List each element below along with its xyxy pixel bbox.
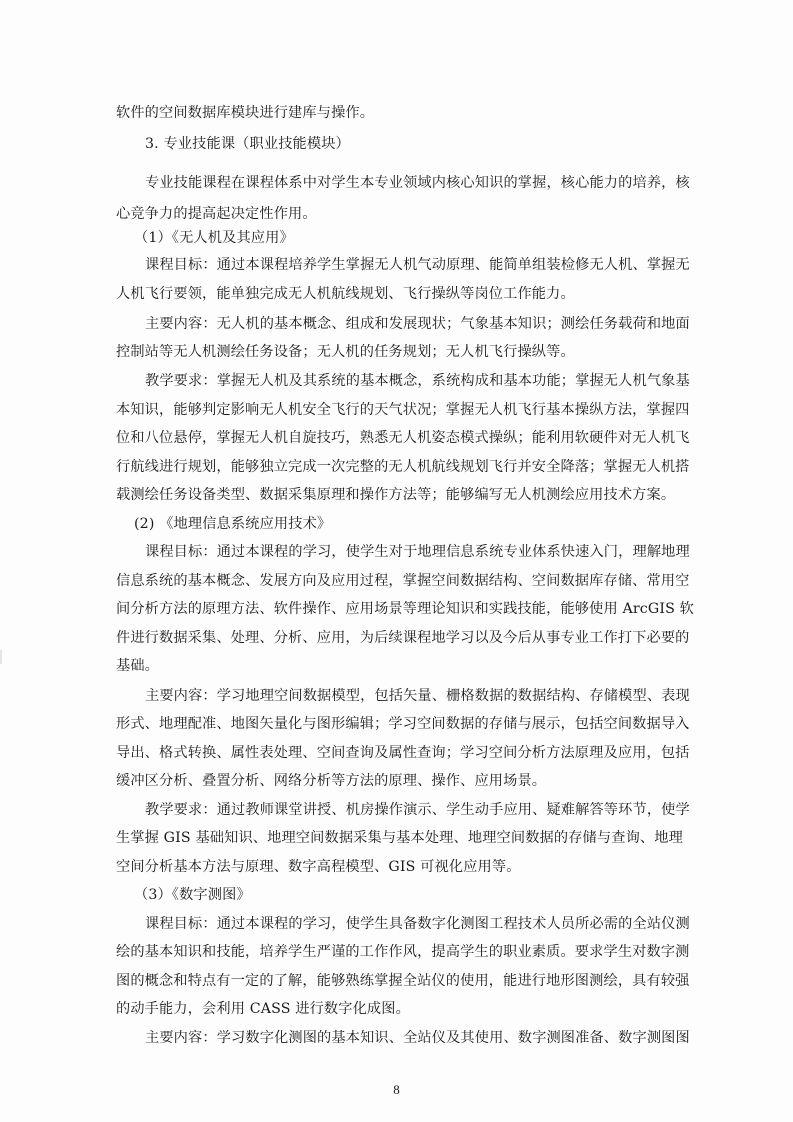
- course-content-line: 主要内容：学习地理空间数据模型，包括矢量、栅格数据的数据结构、存储模型、表现: [145, 687, 678, 705]
- course-requirements-line: 行航线进行规划，能够独立完成一次完整的无人机航线规划飞行并安全降落；掌握无人机搭: [116, 458, 678, 476]
- continuation-text: 软件的空间数据库模块进行建库与操作。: [116, 104, 678, 122]
- course-requirements-line: 教学要求：掌握无人机及其系统的基本概念，系统构成和基本功能；掌握无人机气象基: [145, 372, 678, 390]
- section-heading: 3. 专业技能课（职业技能模块）: [145, 135, 707, 153]
- course-requirements-line: 生掌握 GIS 基础知识、地理空间数据采集与基本处理、地理空间数据的存储与查询、…: [116, 829, 678, 847]
- course-goal-line: 件进行数据采集、处理、分析、应用，为后续课程地学习以及今后从事专业工作打下必要的: [116, 629, 678, 647]
- course-requirements-line: 载测绘任务设备类型、数据采集原理和操作方法等；能够编写无人机测绘应用技术方案。: [116, 486, 678, 504]
- course-goal-line: 基础。: [116, 657, 678, 675]
- course-requirements-line: 位和八位悬停，掌握无人机自旋技巧，熟悉无人机姿态模式操纵；能利用软硬件对无人机飞: [116, 429, 678, 447]
- course-goal-line: 信息系统的基本概念、发展方向及应用过程，掌握空间数据结构、空间数据库存储、常用空: [116, 572, 678, 590]
- course-goal-line: 的动手能力，会利用 CASS 进行数字化成图。: [116, 1000, 678, 1018]
- course-content-line: 主要内容：无人机的基本概念、组成和发展现状；气象基本知识；测绘任务载荷和地面: [145, 315, 678, 333]
- course-content-line: 导出、格式转换、属性表处理、空间查询及属性查询；学习空间分析方法原理及应用，包括: [116, 744, 678, 762]
- course-title: （1）《无人机及其应用》: [134, 229, 696, 247]
- document-page: 软件的空间数据库模块进行建库与操作。 3. 专业技能课（职业技能模块） 专业技能…: [0, 0, 793, 1122]
- page-number: 8: [0, 1082, 793, 1098]
- course-content-line: 控制站等无人机测绘任务设备；无人机的任务规划；无人机飞行操纵等。: [116, 343, 678, 361]
- course-goal-line: 课程目标：通过本课程培养学生掌握无人机气动原理、能简单组装检修无人机、掌握无: [145, 256, 678, 274]
- course-goal-line: 课程目标：通过本课程的学习，使学生对于地理信息系统专业体系快速入门，理解地理: [145, 543, 678, 561]
- course-title: （3）《数字测图》: [134, 886, 696, 904]
- course-goal-line: 人机飞行要领，能单独完成无人机航线规划、飞行操纵等岗位工作能力。: [116, 285, 678, 303]
- course-goal-line: 绘的基本知识和技能，培养学生严谨的工作作风，提高学生的职业素质。要求学生对数字测: [116, 943, 678, 961]
- course-content-line: 形式、地理配准、地图矢量化与图形编辑；学习空间数据的存储与展示，包括空间数据导入: [116, 715, 678, 733]
- course-goal-line: 课程目标：通过本课程的学习，使学生具备数字化测图工程技术人员所必需的全站仪测: [145, 915, 678, 933]
- course-requirements-line: 教学要求：通过教师课堂讲授、机房操作演示、学生动手应用、疑难解答等环节，使学: [145, 801, 678, 819]
- scan-edge-mark: [0, 650, 2, 664]
- course-content-line: 主要内容：学习数字化测图的基本知识、全站仪及其使用、数字测图准备、数字测图图: [145, 1029, 678, 1047]
- intro-line: 专业技能课程在课程体系中对学生本专业领域内核心知识的掌握，核心能力的培养，核: [145, 174, 678, 192]
- course-goal-line: 图的概念和特点有一定的了解，能够熟练掌握全站仪的使用，能进行地形图测绘，具有较强: [116, 972, 678, 990]
- intro-line: 心竞争力的提高起决定性作用。: [116, 205, 678, 223]
- course-goal-line: 间分析方法的原理方法、软件操作、应用场景等理论知识和实践技能，能够使用 ArcG…: [116, 600, 678, 618]
- course-requirements-line: 本知识，能够判定影响无人机安全飞行的天气状况；掌握无人机飞行基本操纵方法，掌握四: [116, 401, 678, 419]
- course-title: (2) 《地理信息系统应用技术》: [134, 515, 696, 533]
- course-content-line: 缓冲区分析、叠置分析、网络分析等方法的原理、操作、应用场景。: [116, 772, 678, 790]
- course-requirements-line: 空间分析基本方法与原理、数字高程模型、GIS 可视化应用等。: [116, 858, 678, 876]
